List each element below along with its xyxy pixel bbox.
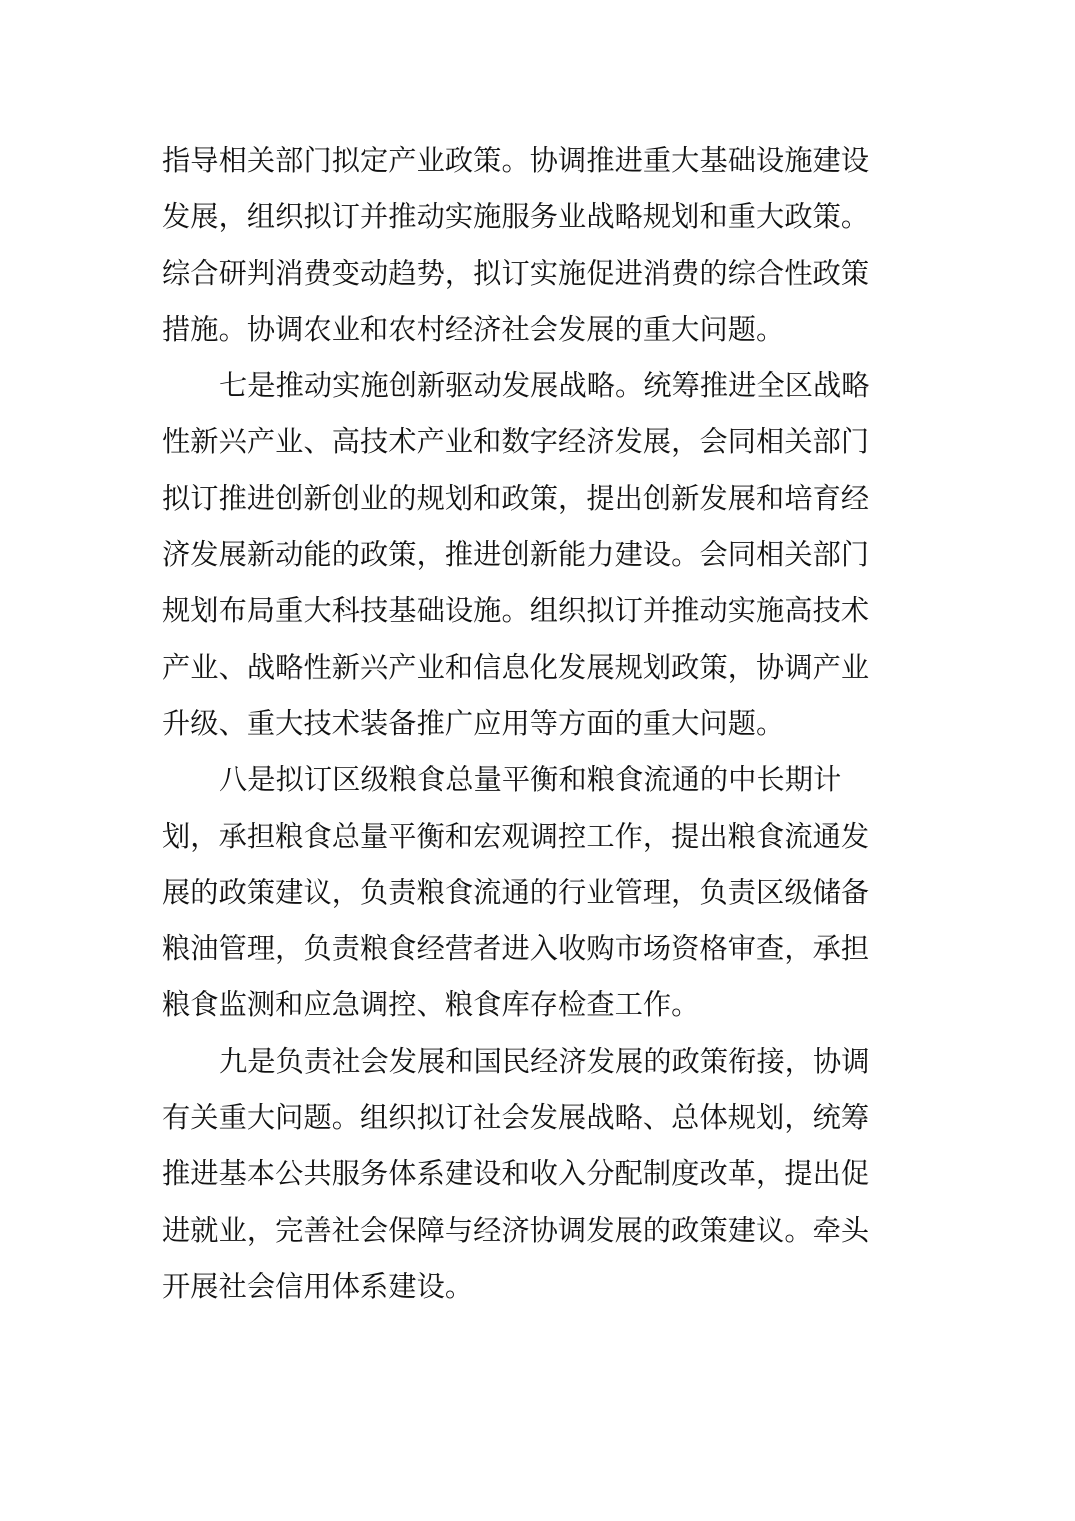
paragraph-item-9: 九是负责社会发展和国民经济发展的政策衔接，协调 有关重大问题。组织拟订社会发展战… <box>162 1040 888 1321</box>
text-line: 规划布局重大科技基础设施。组织拟订并推动实施高技术 <box>162 589 888 645</box>
text-line: 发展，组织拟订并推动实施服务业战略规划和重大政策。 <box>162 195 888 251</box>
paragraph-continuation: 指导相关部门拟定产业政策。协调推进重大基础设施建设 发展，组织拟订并推动实施服务… <box>162 139 888 364</box>
text-line: 济发展新动能的政策，推进创新能力建设。会同相关部门 <box>162 533 888 589</box>
document-page: 指导相关部门拟定产业政策。协调推进重大基础设施建设 发展，组织拟订并推动实施服务… <box>0 0 1075 1521</box>
text-line: 推进基本公共服务体系建设和收入分配制度改革，提出促 <box>162 1152 888 1208</box>
text-line: 划，承担粮食总量平衡和宏观调控工作，提出粮食流通发 <box>162 815 888 871</box>
paragraph-item-8: 八是拟订区级粮食总量平衡和粮食流通的中长期计 划，承担粮食总量平衡和宏观调控工作… <box>162 758 888 1039</box>
text-line: 性新兴产业、高技术产业和数字经济发展，会同相关部门 <box>162 420 888 476</box>
text-line: 有关重大问题。组织拟订社会发展战略、总体规划，统筹 <box>162 1096 888 1152</box>
text-line: 粮油管理，负责粮食经营者进入收购市场资格审查，承担 <box>162 927 888 983</box>
text-line: 措施。协调农业和农村经济社会发展的重大问题。 <box>162 308 888 364</box>
document-body: 指导相关部门拟定产业政策。协调推进重大基础设施建设 发展，组织拟订并推动实施服务… <box>162 139 888 1321</box>
text-line: 九是负责社会发展和国民经济发展的政策衔接，协调 <box>162 1040 888 1096</box>
text-line: 粮食监测和应急调控、粮食库存检查工作。 <box>162 983 888 1039</box>
text-line: 七是推动实施创新驱动发展战略。统筹推进全区战略 <box>162 364 888 420</box>
text-line: 产业、战略性新兴产业和信息化发展规划政策，协调产业 <box>162 646 888 702</box>
text-line: 开展社会信用体系建设。 <box>162 1265 888 1321</box>
text-line: 综合研判消费变动趋势，拟订实施促进消费的综合性政策 <box>162 252 888 308</box>
paragraph-item-7: 七是推动实施创新驱动发展战略。统筹推进全区战略 性新兴产业、高技术产业和数字经济… <box>162 364 888 758</box>
text-line: 拟订推进创新创业的规划和政策，提出创新发展和培育经 <box>162 477 888 533</box>
text-line: 进就业，完善社会保障与经济协调发展的政策建议。牵头 <box>162 1209 888 1265</box>
text-line: 升级、重大技术装备推广应用等方面的重大问题。 <box>162 702 888 758</box>
text-line: 展的政策建议，负责粮食流通的行业管理，负责区级储备 <box>162 871 888 927</box>
text-line: 指导相关部门拟定产业政策。协调推进重大基础设施建设 <box>162 139 888 195</box>
text-line: 八是拟订区级粮食总量平衡和粮食流通的中长期计 <box>162 758 888 814</box>
